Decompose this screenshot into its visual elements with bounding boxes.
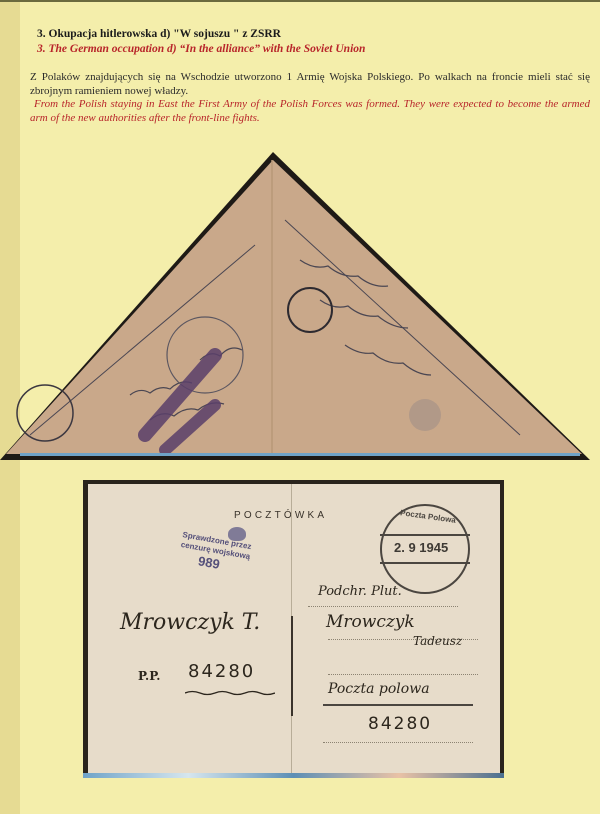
- sender-name: Mrowczyk T.: [120, 610, 260, 635]
- postcard-title: POCZTÓWKA: [234, 510, 327, 521]
- postmark: Poczta Polowa 2. 9 1945: [380, 504, 470, 594]
- address-line: [328, 674, 478, 675]
- triangle-envelope: [0, 150, 600, 462]
- triangle-envelope-graphic: [0, 150, 600, 462]
- description-polish: Z Polaków znajdujących się na Wschodzie …: [30, 71, 590, 98]
- postmark-ring-text: Poczta Polowa: [400, 508, 457, 525]
- sender-pp-number: 84280: [188, 661, 255, 682]
- page-title-english: 3. The German occupation d) “In the alli…: [37, 43, 365, 55]
- address-line: [308, 606, 458, 607]
- exhibit-page: 3. Okupacja hitlerowska d) "W sojuszu " …: [0, 0, 600, 814]
- addressee-address: Poczta polowa: [328, 681, 430, 697]
- postcard-bottom-edge: [83, 773, 504, 778]
- underline-wave: [185, 690, 275, 696]
- addressee-surname: Mrowczyk: [326, 612, 415, 632]
- addressee-number: 84280: [368, 714, 432, 734]
- postcard-divider-ink: [291, 616, 293, 716]
- address-line: [323, 742, 473, 743]
- sender-pp-label: P.P.: [138, 669, 160, 683]
- postmark-date: 2. 9 1945: [394, 540, 448, 555]
- addressee-rank: Podchr. Plut.: [318, 584, 402, 599]
- description-english: From the Polish staying in East the Firs…: [30, 98, 590, 125]
- address-underline: [323, 704, 473, 706]
- top-rule: [0, 0, 600, 2]
- page-title-polish: 3. Okupacja hitlerowska d) "W sojuszu " …: [37, 28, 281, 40]
- addressee-first-name: Tadeusz: [413, 634, 462, 648]
- postcard: POCZTÓWKA Sprawdzone przez cenzurę wojsk…: [88, 484, 500, 773]
